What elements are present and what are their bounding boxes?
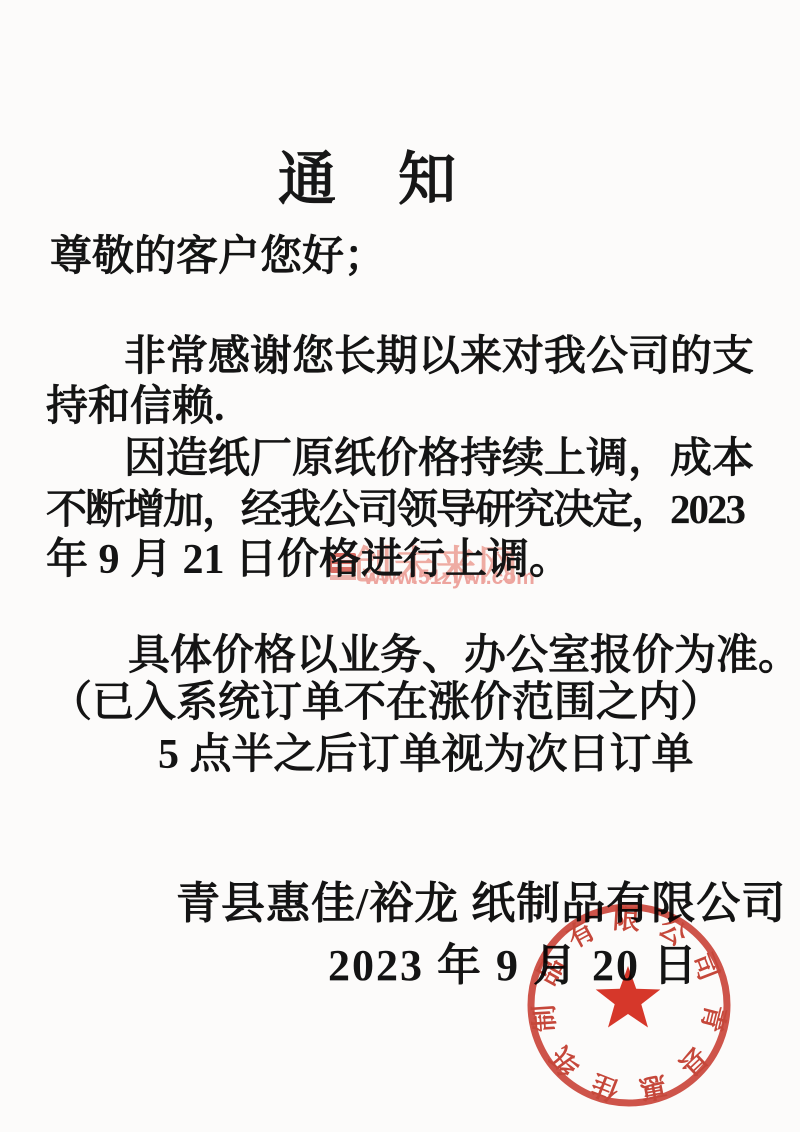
greeting-line: 尊敬的客户您好； xyxy=(50,234,386,280)
body-line: 具体价格以业务、办公室报价为准。 xyxy=(128,633,800,679)
body-line: （已入系统订单不在涨价范围之内） xyxy=(50,680,722,726)
seal-star-icon xyxy=(596,966,661,1028)
notice-page: 通 知 尊敬的客户您好； 非常感谢您长期以来对我公司的支 持和信赖. 因造纸厂原… xyxy=(0,0,800,1132)
body-line: 年 9 月 21 日价格进行上调。 xyxy=(46,537,571,583)
body-line: 持和信赖. xyxy=(46,384,225,430)
notice-title: 通 知 xyxy=(278,132,458,216)
body-line: 非常感谢您长期以来对我公司的支 xyxy=(124,334,754,380)
body-line: 5 点半之后订单视为次日订单 xyxy=(158,732,694,778)
body-line: 不断增加，经我公司领导研究决定，2023 xyxy=(46,487,744,532)
body-line: 因造纸厂原纸价格持续上调，成本 xyxy=(124,436,754,482)
company-seal: 青县惠佳纸制品有限公司 xyxy=(515,895,745,1120)
